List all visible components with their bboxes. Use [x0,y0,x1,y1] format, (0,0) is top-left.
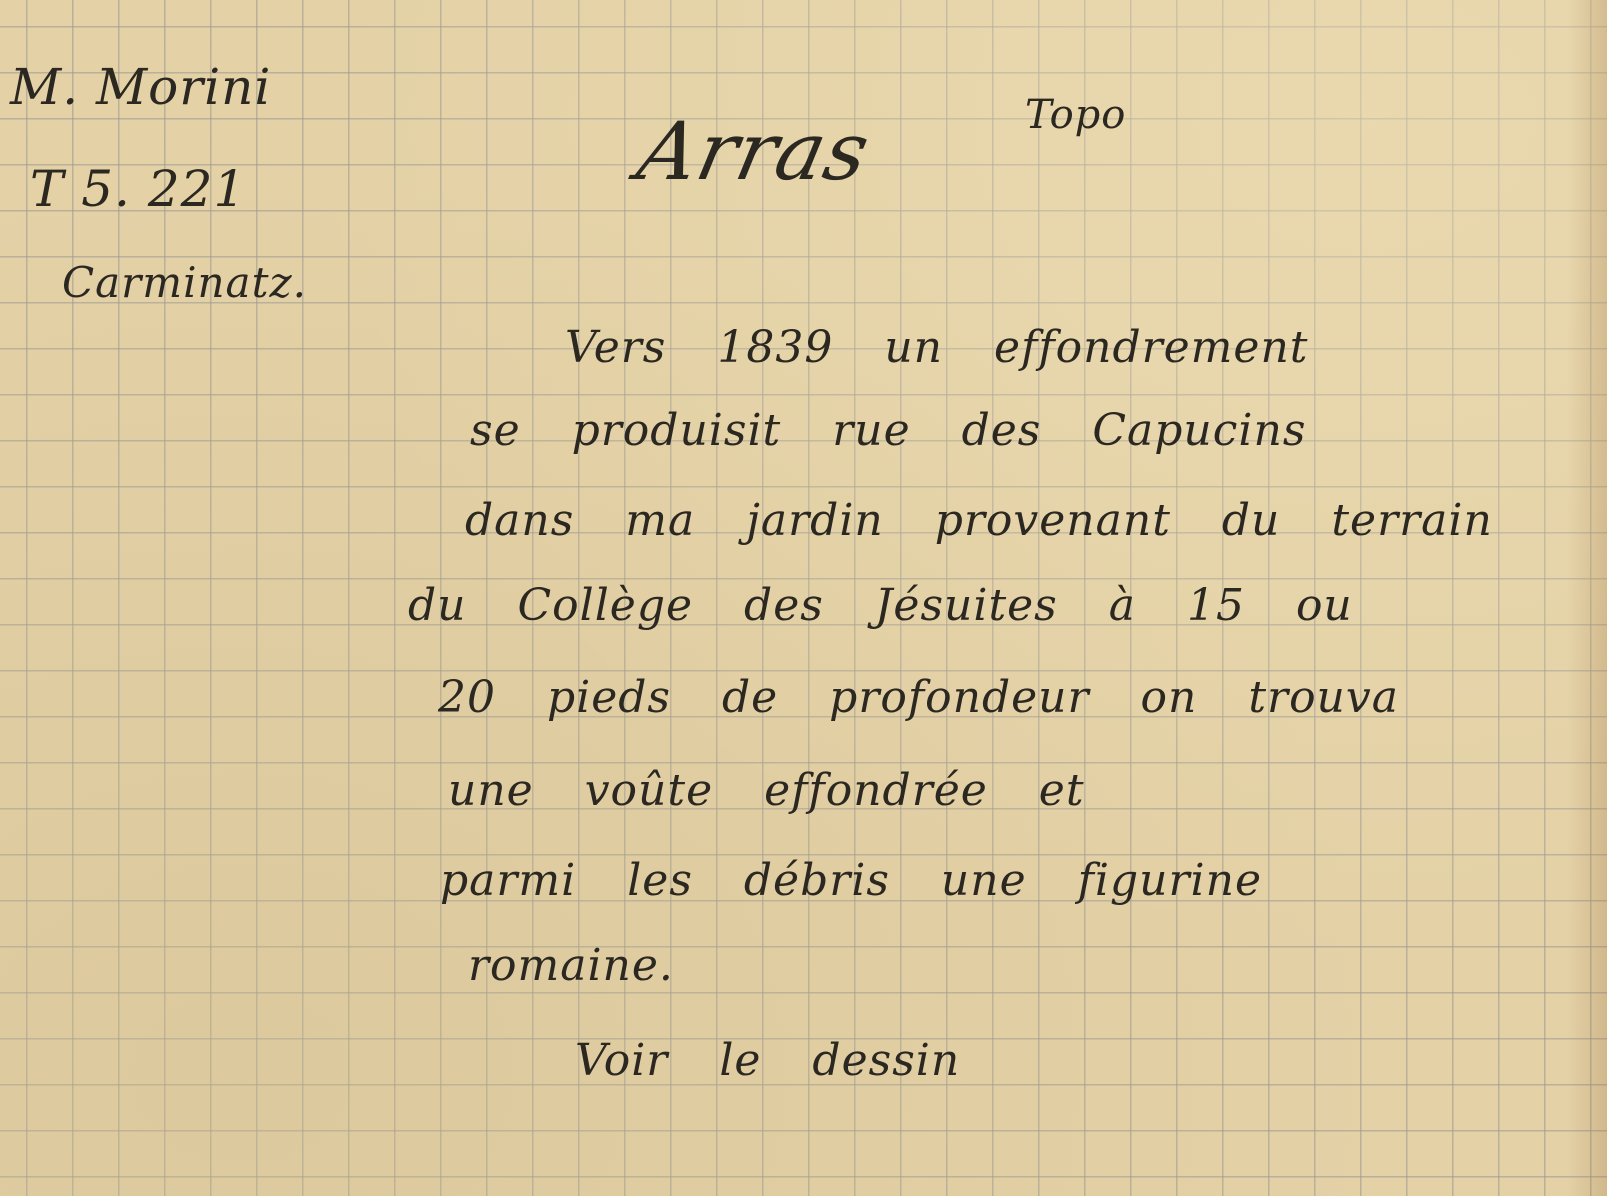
body-line-1: Vers 1839 un effondrement [565,322,1308,373]
body-line-7: parmi les débris une figurine [440,855,1262,906]
margin-note-source: Carminatz. [62,258,307,307]
body-line-2: se produisit rue des Capucins [470,405,1306,456]
body-line-5: 20 pieds de profondeur on trouva [438,672,1399,723]
margin-note-name: M. Morini [10,58,271,116]
body-line-3: dans ma jardin provenant du terrain [465,495,1493,546]
body-line-6: une voûte effondrée et [448,765,1085,816]
margin-note-reference: T 5. 221 [30,160,246,218]
body-line-8: romaine. [468,940,674,991]
category-tag: Topo [1025,92,1126,138]
manuscript-page: M. Morini T 5. 221 Carminatz. Arras Topo… [0,0,1607,1196]
closing-note: Voir le dessin [575,1035,960,1086]
paper-edge-shadow [1567,0,1607,1196]
document-title: Arras [630,105,878,198]
body-line-4: du Collège des Jésuites à 15 ou [408,580,1353,631]
